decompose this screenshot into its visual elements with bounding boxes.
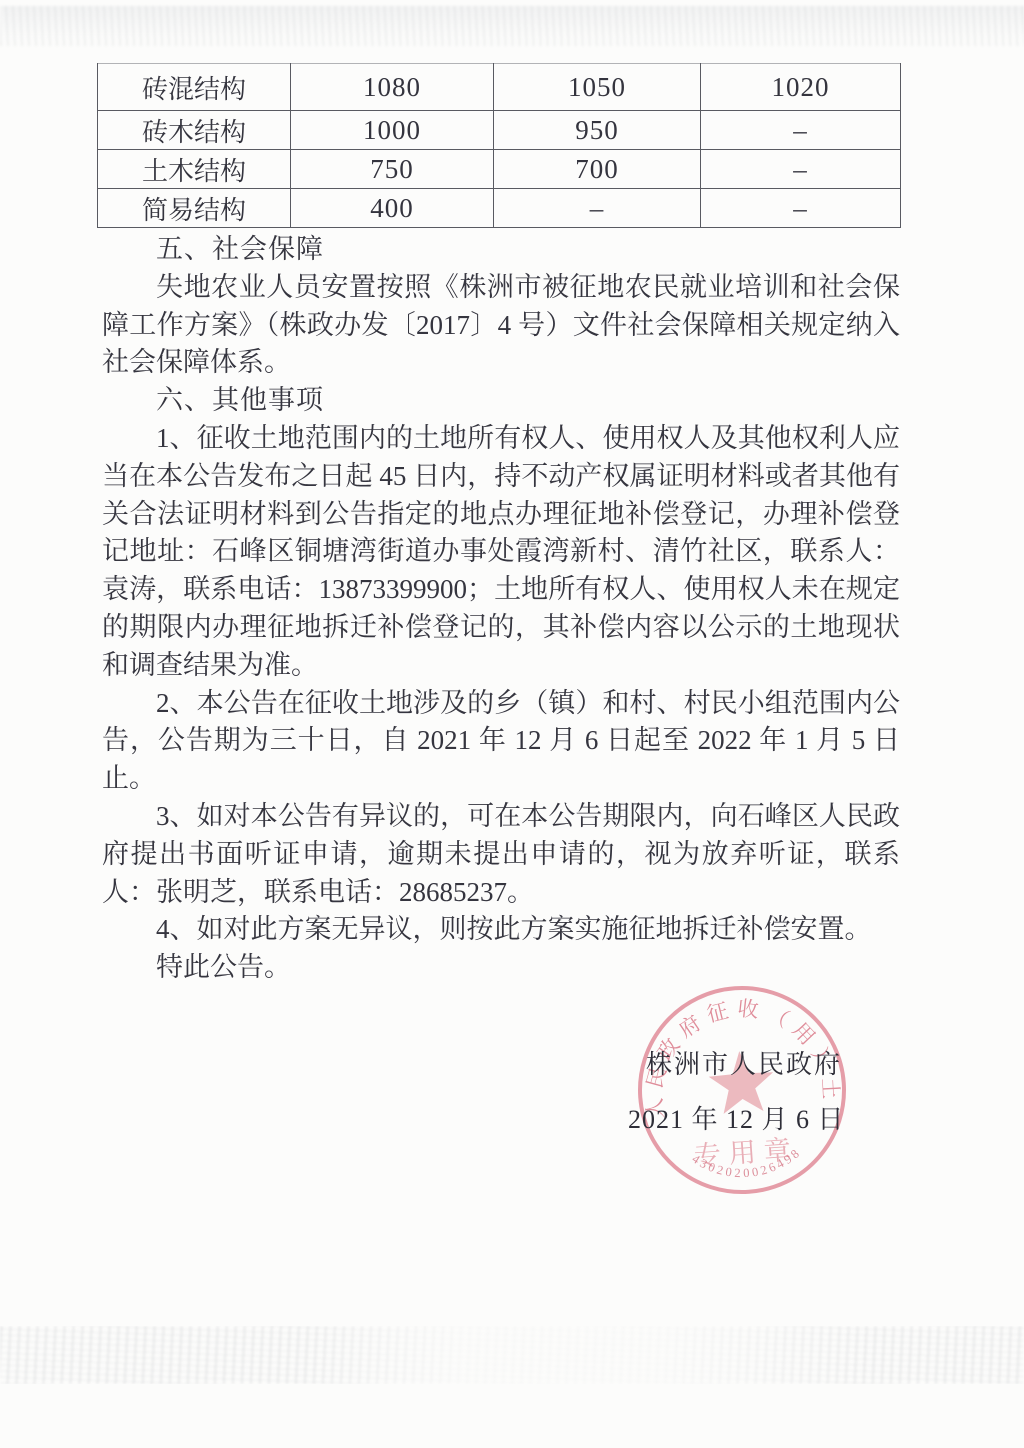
value-cell: 1020 [701, 64, 901, 111]
value-cell: 400 [291, 189, 494, 228]
paragraph: 4、如对此方案无异议，则按此方案实施征地拆迁补偿安置。 [102, 911, 900, 949]
paragraph: 1、征收土地范围内的土地所有权人、使用权人及其他权利人应当在本公告发布之日起 4… [102, 420, 900, 685]
value-cell: 700 [494, 150, 701, 189]
table-row: 砖混结构 1080 1050 1020 [98, 64, 901, 111]
scan-noise-bottom [0, 1326, 1024, 1384]
table-row: 简易结构 400 – – [98, 189, 901, 228]
value-cell: 750 [291, 150, 494, 189]
signature-issuer: 株洲市人民政府 [646, 1044, 842, 1081]
value-cell: 1000 [291, 111, 494, 150]
structure-type-cell: 砖混结构 [98, 64, 291, 111]
value-cell: 950 [494, 111, 701, 150]
structure-type-cell: 土木结构 [98, 150, 291, 189]
signature-date: 2021 年 12 月 6 日 [628, 1099, 845, 1136]
table-row: 土木结构 750 700 – [98, 150, 901, 189]
value-cell: 1080 [291, 64, 494, 111]
table-row: 砖木结构 1000 950 – [98, 111, 901, 150]
compensation-table: 砖混结构 1080 1050 1020 砖木结构 1000 950 – 土木结构… [97, 63, 901, 228]
structure-type-cell: 砖木结构 [98, 111, 291, 150]
section-heading: 六、其他事项 [102, 382, 900, 420]
structure-type-cell: 简易结构 [98, 189, 291, 228]
official-seal: 株洲市人民政府征收（用）土地公告 专用章 4302020026498 [617, 965, 867, 1215]
paragraph: 3、如对本公告有异议的，可在本公告期限内，向石峰区人民政府提出书面听证申请，逾期… [102, 798, 900, 911]
value-cell: – [701, 150, 901, 189]
document-page: 砖混结构 1080 1050 1020 砖木结构 1000 950 – 土木结构… [0, 0, 1024, 1448]
scan-noise-top [0, 6, 1024, 46]
announcement-body: 五、社会保障 失地农业人员安置按照《株洲市被征地农民就业培训和社会保障工作方案》… [102, 231, 900, 987]
value-cell: – [494, 189, 701, 228]
value-cell: – [701, 189, 901, 228]
paragraph: 失地农业人员安置按照《株洲市被征地农民就业培训和社会保障工作方案》（株政办发〔2… [102, 269, 900, 382]
paragraph: 2、本公告在征收土地涉及的乡（镇）和村、村民小组范围内公告，公告期为三十日，自 … [102, 685, 900, 798]
section-heading: 五、社会保障 [102, 231, 900, 269]
value-cell: 1050 [494, 64, 701, 111]
value-cell: – [701, 111, 901, 150]
